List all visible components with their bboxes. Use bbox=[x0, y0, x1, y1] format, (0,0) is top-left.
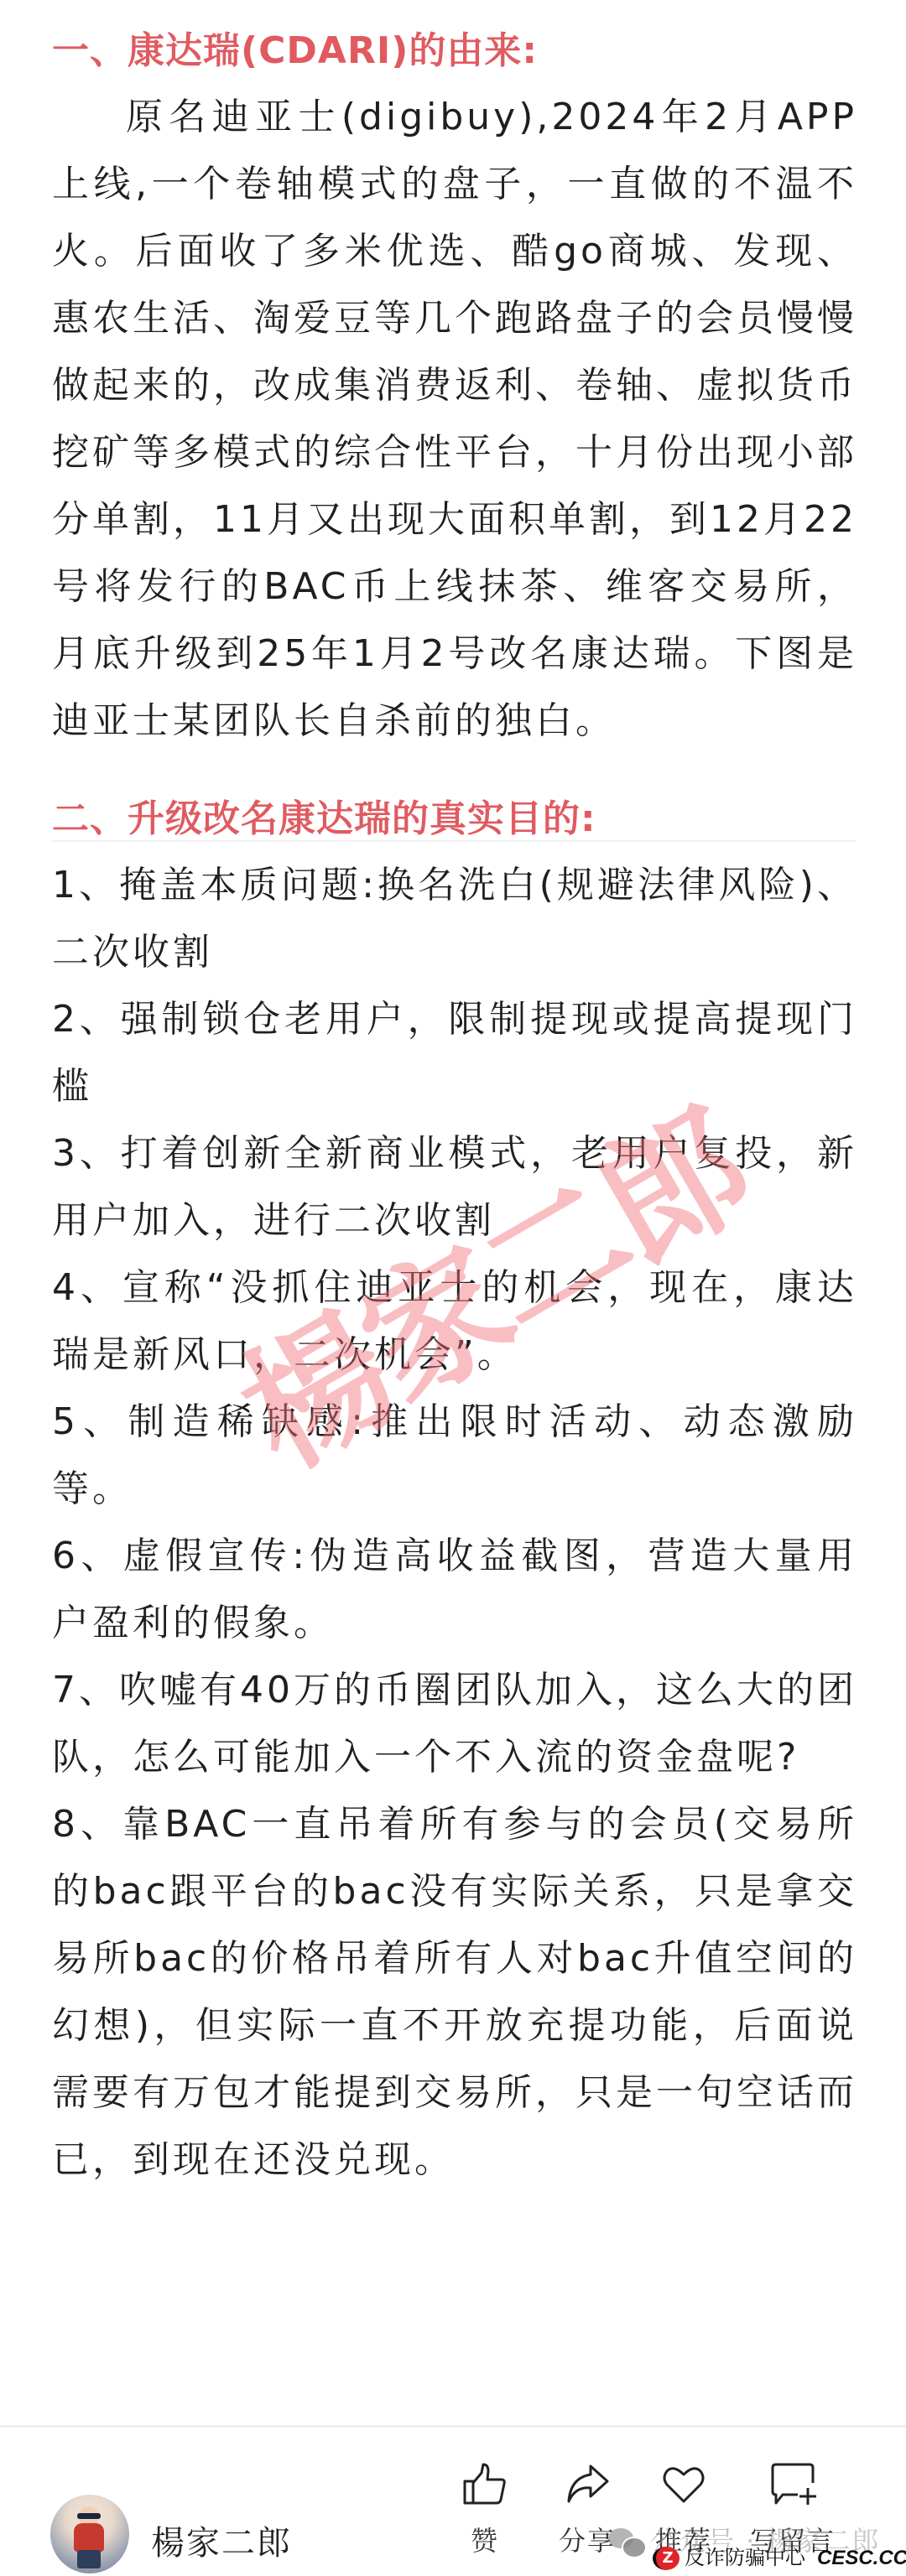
section-1-heading: 一、康达瑞(CDARI)的由来: bbox=[52, 18, 857, 84]
brand-name: 反诈防骗中心 bbox=[685, 2546, 805, 2569]
list-item: 3、打着创新全新商业模式，老用户复投，新用户加入，进行二次收割 bbox=[52, 1120, 857, 1254]
list-item: 6、虚假宣传:伪造高收益截图，营造大量用户盈利的假象。 bbox=[52, 1523, 857, 1657]
brand-watermark: Z反诈防骗中心CESC.CC bbox=[653, 2541, 906, 2570]
list-item: 5、制造稀缺感:推出限时活动、动态激励等。 bbox=[52, 1389, 857, 1523]
wechat-icon bbox=[608, 2528, 645, 2557]
list-item: 2、强制锁仓老用户，限制提现或提高提现门槛 bbox=[52, 986, 857, 1120]
brand-domain: CESC.CC bbox=[817, 2547, 906, 2569]
brand-logo-icon: Z bbox=[653, 2547, 679, 2570]
list-item: 1、掩盖本质问题:换名洗白(规避法律风险)、二次收割 bbox=[52, 852, 857, 986]
author-name[interactable]: 楊家二郎 bbox=[151, 2516, 292, 2564]
article-body: 一、康达瑞(CDARI)的由来: 原名迪亚士(digibuy),2024年2月A… bbox=[52, 18, 857, 2194]
section-divider bbox=[52, 840, 856, 842]
article-footer: 楊家二郎 赞 分享 推荐 写留言 公众号 · 楊家二郎 Z反诈防骗中心CESC.… bbox=[0, 2428, 906, 2576]
like-button[interactable]: 赞 bbox=[439, 2461, 531, 2558]
list-item: 7、吹嘘有40万的币圈团队加入，这么大的团队，怎么可能加入一个不入流的资金盘呢? bbox=[52, 1657, 857, 1791]
list-item: 4、宣称“没抓住迪亚士的机会，现在，康达瑞是新风口，二次机会”。 bbox=[52, 1254, 857, 1389]
share-icon bbox=[564, 2461, 611, 2508]
comment-add-icon bbox=[769, 2461, 816, 2508]
section-1-paragraph: 原名迪亚士(digibuy),2024年2月APP上线,一个卷轴模式的盘子，一直… bbox=[52, 84, 857, 755]
thumbs-up-icon bbox=[461, 2461, 508, 2508]
heart-icon bbox=[660, 2461, 707, 2508]
avatar[interactable] bbox=[50, 2495, 129, 2573]
like-label: 赞 bbox=[439, 2520, 531, 2558]
list-item: 8、靠BAC一直吊着所有参与的会员(交易所的bac跟平台的bac没有实际关系，只… bbox=[52, 1791, 857, 2194]
section-2-heading: 二、升级改名康达瑞的真实目的: bbox=[52, 787, 857, 852]
